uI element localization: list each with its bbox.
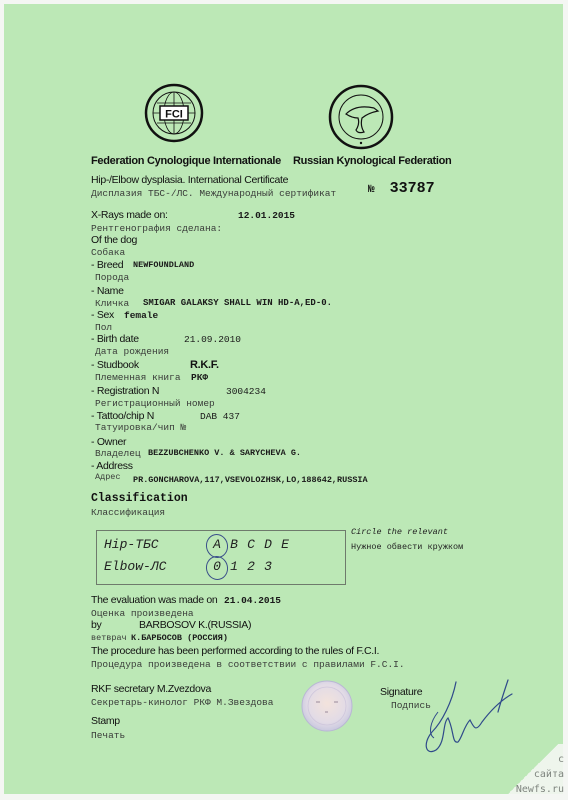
birth-date-label-ru: Дата рождения <box>95 346 169 357</box>
hip-label: Hip-ТБС <box>104 537 159 552</box>
stamp-label-ru: Печать <box>91 730 125 741</box>
number-value: 33787 <box>390 180 435 197</box>
address-label-ru: Адрес <box>95 472 121 482</box>
stamp-label-en: Stamp <box>91 715 120 727</box>
elbow-option: 1 <box>227 559 241 574</box>
hip-option: D <box>261 537 275 552</box>
hip-option: E <box>278 537 292 552</box>
evaluation-label-ru: Оценка произведена <box>91 608 194 619</box>
signature-scribble-icon <box>412 672 522 762</box>
secretary-en: RKF secretary M.Zvezdova <box>91 683 211 695</box>
owner-label-en: - Owner <box>91 436 126 448</box>
certificate-title-en: Hip-/Elbow dysplasia. International Cert… <box>91 174 288 186</box>
fci-org-name: Federation Cynologique Internationale <box>91 155 281 167</box>
certificate-title-ru: Дисплазия ТБС-/ЛС. Международный сертифи… <box>91 188 336 199</box>
name-label-en: - Name <box>91 285 124 297</box>
elbow-label: Elbow-ЛС <box>104 559 166 574</box>
registration-label-en: - Registration N <box>91 385 159 397</box>
fci-logo-icon: FCI <box>144 83 204 143</box>
registration-value: 3004234 <box>226 386 266 397</box>
studbook-value-en: R.K.F. <box>190 359 219 371</box>
breed-value: NEWFOUNDLAND <box>133 260 194 270</box>
vet-name-en: BARBOSOV K.(RUSSIA) <box>139 619 251 631</box>
sex-label-en: - Sex <box>91 309 114 321</box>
evaluation-label-en: The evaluation was made on <box>91 594 217 606</box>
xrays-label-en: X-Rays made on: <box>91 209 168 221</box>
name-label-ru: Кличка <box>95 298 129 309</box>
classification-title-en: Classification <box>91 492 188 505</box>
number-sign: № <box>368 184 375 196</box>
studbook-label-ru: Племенная книга <box>95 372 181 383</box>
procedure-ru: Процедура произведена в соответствии с п… <box>91 659 405 670</box>
watermark-line2: сайта <box>534 769 564 780</box>
name-value: SMIGAR GALAKSY SHALL WIN HD-A,ED-0. <box>143 298 332 308</box>
watermark-line3: Newfs.ru <box>516 784 564 795</box>
dog-label-ru: Собака <box>91 247 125 258</box>
studbook-value-ru: РКФ <box>191 372 208 383</box>
procedure-en: The procedure has been performed accordi… <box>91 645 379 657</box>
watermark-line1: с <box>558 754 564 765</box>
breed-label-ru: Порода <box>95 272 129 283</box>
circle-note-en: Circle the relevant <box>351 527 448 537</box>
xrays-label-ru: Рентгенография сделана: <box>91 223 222 234</box>
secretary-ru: Секретарь-кинолог РКФ М.Звездова <box>91 697 273 708</box>
xrays-date: 12.01.2015 <box>238 210 295 221</box>
classification-title-ru: Классификация <box>91 507 165 518</box>
classification-box: Hip-ТБС Elbow-ЛС ABCDE 0123 <box>96 530 346 585</box>
svg-text:FCI: FCI <box>165 109 183 121</box>
tattoo-value: DAB 437 <box>200 411 240 422</box>
rkf-logo-icon <box>328 84 394 150</box>
certificate-sheet: FCI Federation Cynologique International… <box>4 4 563 794</box>
circle-note-ru: Нужное обвести кружком <box>351 542 463 552</box>
owner-value: BEZZUBCHENKO V. & SARYCHEVA G. <box>148 448 301 458</box>
birth-date-label-en: - Birth date <box>91 333 139 345</box>
address-value: PR.GONCHAROVA,117,VSEVOLOZHSK,LO,188642,… <box>133 475 368 485</box>
rkf-org-name: Russian Kynological Federation <box>293 155 451 167</box>
dog-label-en: Of the dog <box>91 234 137 246</box>
tattoo-label-ru: Татуировка/чип № <box>95 422 186 433</box>
by-label-ru: ветврач <box>91 633 127 643</box>
sex-value: female <box>124 310 158 321</box>
elbow-option: 3 <box>261 559 275 574</box>
hip-option: B <box>227 537 241 552</box>
studbook-label-en: - Studbook <box>91 359 139 371</box>
address-label-en: - Address <box>91 460 133 472</box>
sex-label-ru: Пол <box>95 322 112 333</box>
birth-date-value: 21.09.2010 <box>184 334 241 345</box>
hologram-stamp-icon <box>301 680 353 732</box>
evaluation-date: 21.04.2015 <box>224 595 281 606</box>
vet-name-ru: К.БАРБОСОВ (РОССИЯ) <box>131 633 228 643</box>
owner-label-ru: Владелец <box>95 448 141 459</box>
breed-label-en: - Breed <box>91 259 123 271</box>
tattoo-label-en: - Tattoo/chip N <box>91 410 154 422</box>
hip-option: C <box>244 537 258 552</box>
by-label-en: by <box>91 619 102 631</box>
certificate-number: № 33787 <box>368 180 435 197</box>
registration-label-ru: Регистрационный номер <box>95 398 215 409</box>
elbow-option: 2 <box>244 559 258 574</box>
